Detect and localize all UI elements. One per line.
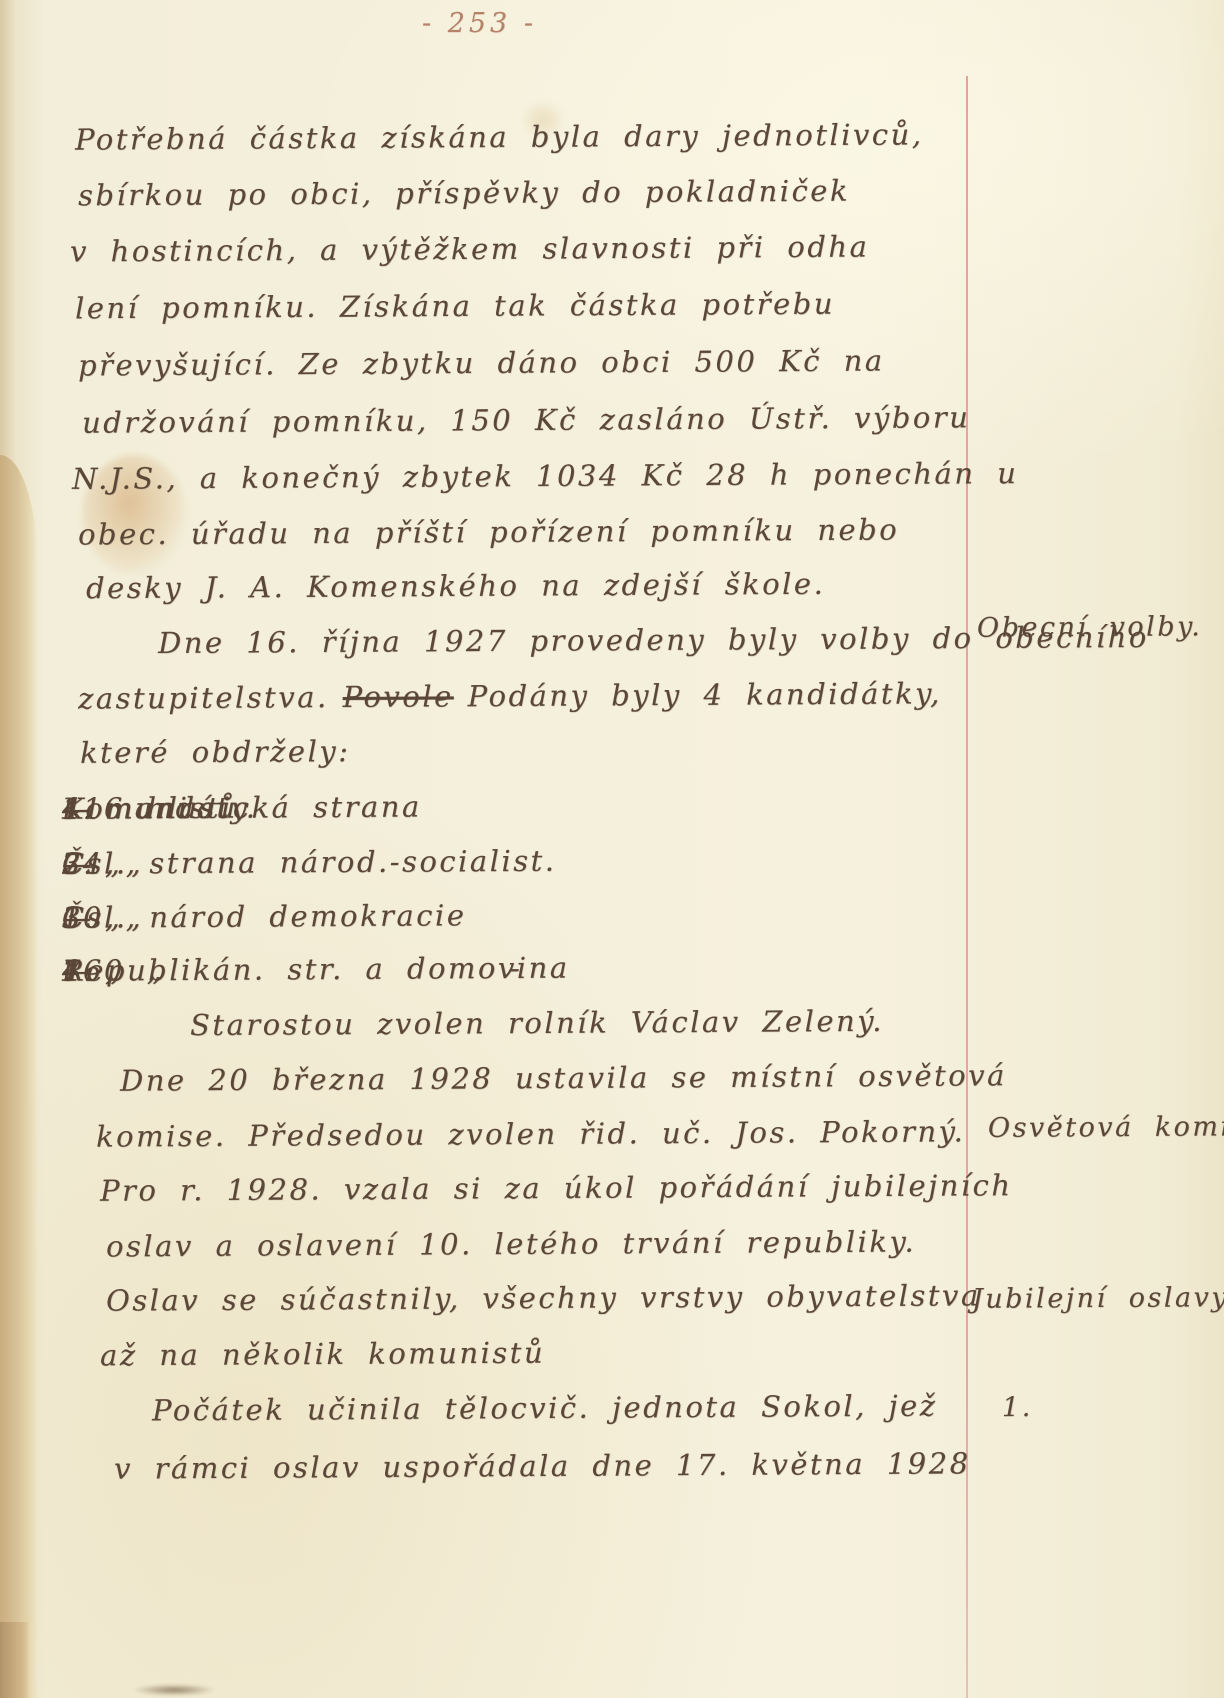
manuscript-line: oslav a oslavení 10. letého trvání repub… <box>106 1225 916 1264</box>
page-torn-edge <box>0 455 38 1698</box>
mandates-value: 7 „ <box>62 953 122 987</box>
manuscript-line: převyšující. Ze zbytku dáno obci 500 Kč … <box>78 344 885 383</box>
manuscript-line: lení pomníku. Získána tak částka potřebu <box>75 287 835 326</box>
manuscript-line: desky J. A. Komenského na zdejší škole. <box>86 567 825 606</box>
manuscript-line-with-correction: zastupitelstva.PovolePodány byly 4 kandi… <box>78 676 942 715</box>
struck-word: Povole <box>343 679 454 714</box>
manuscript-line: Pro r. 1928. vzala si za úkol pořádání j… <box>100 1168 1013 1208</box>
margin-note-obecni-volby: Obecní volby. <box>977 611 1202 643</box>
election-result-row: 4. Republikán. str. a domovina - 160 „ —… <box>62 948 962 995</box>
margin-note-jubilejni-oslavy: Jubilejní oslavy <box>972 1282 1224 1315</box>
manuscript-line: Počátek učinila tělocvič. jednota Sokol,… <box>152 1389 938 1428</box>
manuscript-line: sbírkou po obci, příspěvky do pokladniče… <box>78 174 850 213</box>
margin-note-osvetova-komise: Osvětová komise. <box>988 1111 1224 1144</box>
manuscript-line: Starostou zvolen rolník Václav Zelený. <box>190 1004 884 1042</box>
election-result-row: 1. Komunistická strana — 116 hlasů — 4 m… <box>62 786 962 833</box>
manuscript-line: až na několik komunistů <box>100 1336 545 1373</box>
election-result-row: 3 Čsl. národ demokracie — 30 „ — 1 „ <box>62 895 962 942</box>
separator-dash: - <box>510 951 523 985</box>
manuscript-line: Potřebná částka získána byla dary jednot… <box>75 117 924 156</box>
line-text: Podány byly 4 kandidátky, <box>468 676 942 713</box>
margin-note-1: 1. <box>1002 1392 1033 1423</box>
mandates-value: 3 „ <box>62 846 122 880</box>
mandates-value: 4 mandáty. <box>62 791 258 826</box>
manuscript-line: které obdržely: <box>80 734 351 770</box>
bottom-edge-smudge <box>132 1684 216 1696</box>
mandates-value: 1 „ <box>62 900 122 934</box>
manuscript-page: - 253 - Potřebná částka získána byla dar… <box>0 0 1224 1698</box>
page-number: - 253 - <box>422 8 537 39</box>
manuscript-line: udržování pomníku, 150 Kč zasláno Ústř. … <box>82 400 971 439</box>
line-text: zastupitelstva. <box>78 680 329 716</box>
page-corner-wear <box>0 1622 30 1698</box>
manuscript-line: Oslav se súčastnily, všechny vrstvy obyv… <box>106 1278 981 1317</box>
manuscript-line: komise. Předsedou zvolen řid. uč. Jos. P… <box>96 1114 966 1153</box>
manuscript-line: obec. úřadu na příští pořízení pomníku n… <box>78 512 899 551</box>
manuscript-line: v hostincích, a výtěžkem slavnosti při o… <box>70 230 870 269</box>
manuscript-line: v rámci oslav uspořádala dne 17. května … <box>114 1446 971 1485</box>
election-result-row: 2. Čsl. strana národ.-socialist. — 74 „ … <box>62 841 962 888</box>
manuscript-line: N.J.S., a konečný zbytek 1034 Kč 28 h po… <box>72 456 1019 496</box>
manuscript-line: Dne 20 března 1928 ustavila se místní os… <box>120 1058 1007 1097</box>
